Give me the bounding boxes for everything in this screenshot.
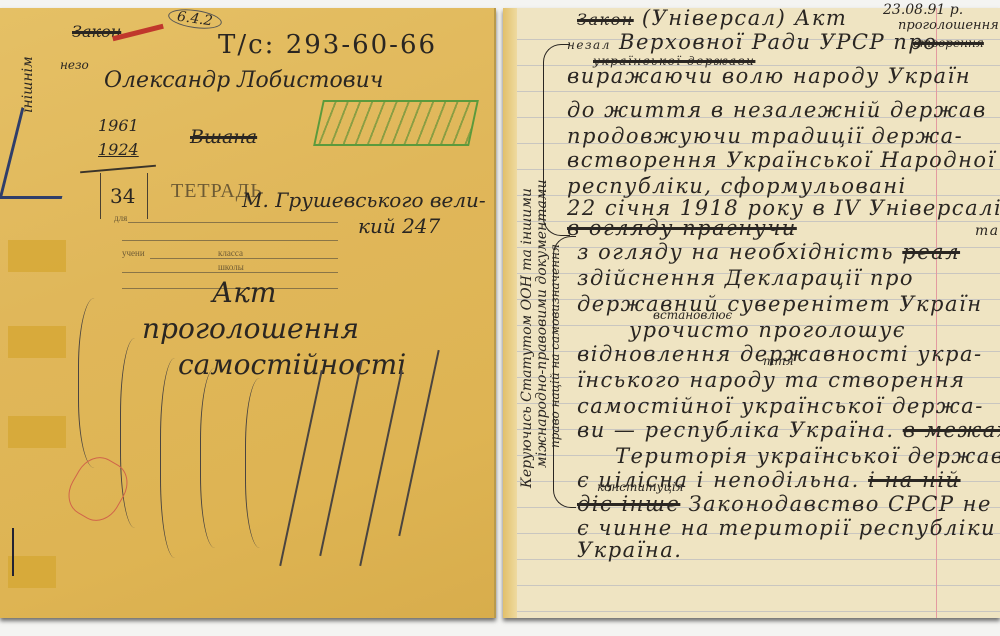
text-line-2: незал Верховної Ради УРСР про: [567, 30, 937, 54]
pencil-stroke: [359, 370, 402, 566]
date: 23.08.91 р.: [883, 2, 963, 18]
label-school: школы: [218, 262, 244, 272]
notebook-number: 34: [110, 184, 135, 208]
subject-line-1: Акт: [212, 276, 276, 309]
insert-above: ття: [763, 354, 794, 368]
text-line-16: їнського народу та створення: [577, 368, 966, 392]
subject-line-2: проголошення: [142, 312, 359, 345]
pencil-stroke: [279, 370, 322, 566]
tape-strip: [8, 326, 66, 358]
form-line: [122, 272, 338, 273]
label-class: класса: [218, 248, 243, 258]
lined-page: 23.08.91 р. проголошення створення Закон…: [503, 8, 1000, 618]
phone-number: Т/с: 293-60-66: [218, 30, 437, 60]
margin-note-vertical: право націй на самовизначення: [548, 244, 562, 448]
text-line-8: республіки, сформульовані: [567, 174, 907, 198]
year-1: 1961: [98, 116, 139, 135]
text-line-10: в огляду прагнучи та: [567, 216, 1000, 240]
pencil-scribble: [160, 358, 197, 558]
text-line-13: державний суверенітет Україн: [577, 292, 983, 316]
margin-note: їнішнім: [20, 56, 36, 113]
arrow-stroke: [12, 528, 14, 576]
blue-corner-mark: [0, 108, 84, 199]
form-line: [150, 258, 338, 259]
text-line-12: здійснення Декларації про: [577, 266, 914, 290]
text-line-6: продовжуючи традиції держа-: [567, 124, 963, 148]
archive-code: 6.4.2: [167, 6, 223, 31]
address-line-2: кий 247: [358, 214, 440, 238]
page-binding: [503, 8, 517, 618]
text-line-14: урочисто проголошує: [629, 318, 906, 342]
pencil-scribble: [120, 338, 157, 528]
text-line-22: є чинне на території республіки: [577, 516, 996, 540]
ink-stroke: [80, 165, 156, 173]
text-line-11: з огляду на необхідність реал: [577, 240, 960, 264]
struck-word: Вшана: [190, 126, 257, 148]
form-line: [122, 240, 338, 241]
tape-strip: [8, 556, 56, 588]
tape-strip: [8, 416, 66, 448]
text-line-4: виражаючи волю народу Україн: [567, 64, 971, 88]
year-2: 1924: [98, 140, 139, 159]
text-line-19: Територія української держави: [615, 444, 1000, 468]
green-scribble-box: [313, 100, 479, 146]
pencil-scribble: [78, 298, 119, 468]
text-line-21: діє інше Законодавство СРСР не: [577, 492, 992, 516]
margin-note-vertical: Керуючись Статутом ООН та іншими: [519, 188, 535, 488]
address-line-1: М. Грушевського вели-: [242, 188, 486, 212]
pencil-scribble: [245, 378, 282, 548]
text-line-18: ви — республіка Україна. в межах: [577, 418, 1000, 442]
text-line-7: встворення Української Народної: [567, 148, 996, 172]
text-line-17: самостійної української держа-: [577, 394, 984, 418]
author-name: Олександр Лобистович: [104, 68, 383, 93]
notebook-cover: 6.4.2 Закон Т/с: 293-60-66 Олександр Лоб…: [0, 8, 496, 618]
tape-strip: [8, 240, 66, 272]
text-line-5: до життя в незалежній держав: [567, 98, 987, 122]
pencil-scribble: [200, 368, 237, 548]
label-student: учени: [122, 248, 145, 258]
text-line-1: Закон (Універсал) Акт: [577, 6, 847, 30]
text-line-23: Україна.: [577, 538, 682, 562]
form-line: [128, 222, 338, 223]
pencil-stroke: [319, 360, 362, 556]
label-for: для: [114, 213, 127, 223]
margin-note: незо: [60, 58, 89, 72]
